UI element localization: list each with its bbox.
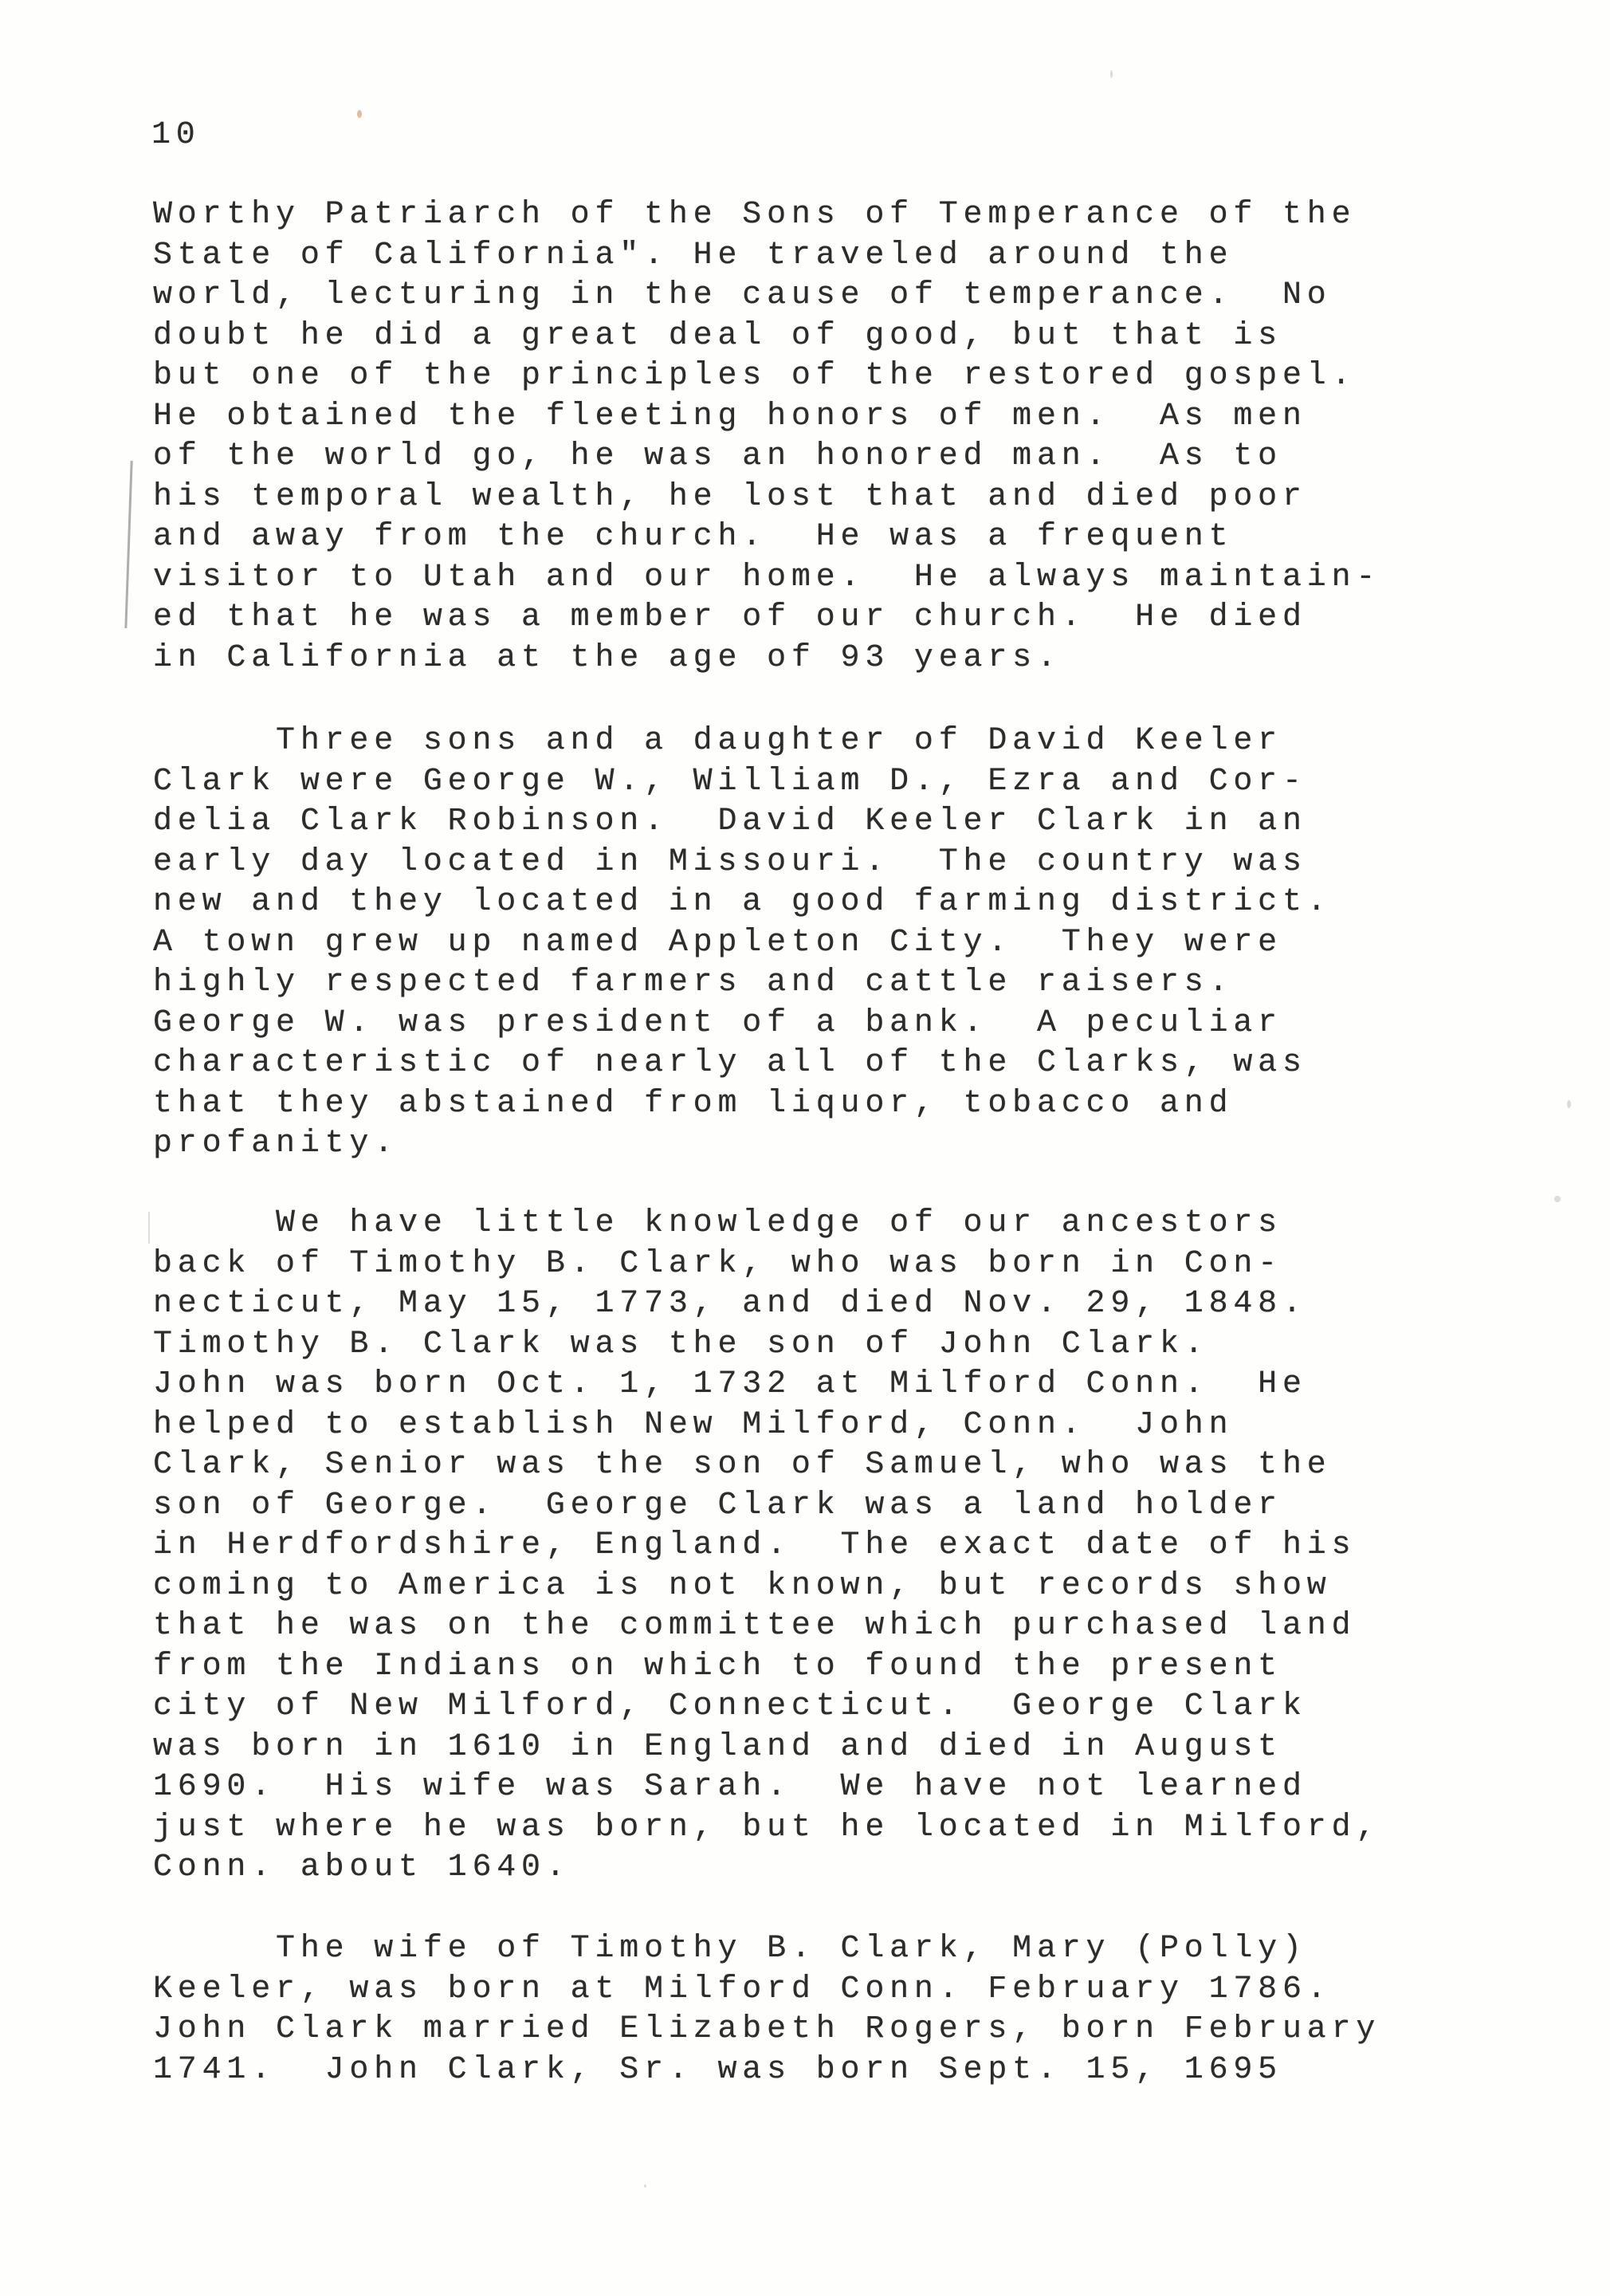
text-line: Timothy B. Clark was the son of John Cla… (153, 1325, 1380, 1366)
text-line: 1741. John Clark, Sr. was born Sept. 15,… (153, 2050, 1380, 2091)
margin-smudge (148, 1212, 150, 1244)
text-line: We have little knowledge of our ancestor… (153, 1204, 1380, 1244)
page-number: 10 (151, 116, 201, 156)
text-line: in California at the age of 93 years. (153, 639, 1380, 679)
text-line: A town grew up named Appleton City. They… (153, 923, 1332, 964)
paragraph-3: We have little knowledge of our ancestor… (153, 1204, 1380, 1889)
text-line: in Herdfordshire, England. The exact dat… (153, 1526, 1380, 1567)
paragraph-1: Worthy Patriarch of the Sons of Temperan… (153, 195, 1380, 678)
text-line: Three sons and a daughter of David Keele… (153, 721, 1332, 762)
text-line: world, lecturing in the cause of tempera… (153, 276, 1380, 316)
text-line: his temporal wealth, he lost that and di… (153, 478, 1380, 518)
text-line: John Clark married Elizabeth Rogers, bor… (153, 2010, 1380, 2050)
paper-speck (1554, 1196, 1561, 1202)
text-line: of the world go, he was an honored man. … (153, 437, 1380, 478)
text-line: visitor to Utah and our home. He always … (153, 558, 1380, 599)
text-line: city of New Milford, Connecticut. George… (153, 1687, 1380, 1728)
text-line: Clark were George W., William D., Ezra a… (153, 762, 1332, 803)
text-line: was born in 1610 in England and died in … (153, 1728, 1380, 1768)
text-line: early day located in Missouri. The count… (153, 843, 1332, 883)
text-line: He obtained the fleeting honors of men. … (153, 397, 1380, 438)
text-line: George W. was president of a bank. A pec… (153, 1004, 1332, 1044)
text-line: The wife of Timothy B. Clark, Mary (Poll… (153, 1929, 1380, 1970)
paper-speck (1110, 70, 1113, 78)
text-line: but one of the principles of the restore… (153, 356, 1380, 397)
text-line: helped to establish New Milford, Conn. J… (153, 1406, 1380, 1446)
text-line: son of George. George Clark was a land h… (153, 1486, 1380, 1527)
text-line: State of California". He traveled around… (153, 236, 1380, 277)
paper-speck (644, 2184, 646, 2188)
text-line: from the Indians on which to found the p… (153, 1647, 1380, 1688)
paper-speck (357, 110, 362, 118)
text-line: Conn. about 1640. (153, 1848, 1380, 1889)
paragraph-2: Three sons and a daughter of David Keele… (153, 721, 1332, 1165)
text-line: that he was on the committee which purch… (153, 1606, 1380, 1647)
text-line: delia Clark Robinson. David Keeler Clark… (153, 802, 1332, 843)
text-line: doubt he did a great deal of good, but t… (153, 316, 1380, 357)
text-line: Worthy Patriarch of the Sons of Temperan… (153, 195, 1380, 236)
text-line: necticut, May 15, 1773, and died Nov. 29… (153, 1284, 1380, 1325)
text-line: Clark, Senior was the son of Samuel, who… (153, 1445, 1380, 1486)
text-line: new and they located in a good farming d… (153, 883, 1332, 923)
text-line: 1690. His wife was Sarah. We have not le… (153, 1767, 1380, 1808)
document-page: 10 Worthy Patriarch of the Sons of Tempe… (0, 0, 1610, 2296)
text-line: highly respected farmers and cattle rais… (153, 963, 1332, 1004)
paragraph-4: The wife of Timothy B. Clark, Mary (Poll… (153, 1929, 1380, 2090)
text-line: just where he was born, but he located i… (153, 1808, 1380, 1849)
margin-pencil-mark (124, 461, 132, 628)
paper-speck (1567, 1100, 1571, 1108)
text-line: coming to America is not known, but reco… (153, 1567, 1380, 1607)
text-line: ed that he was a member of our church. H… (153, 598, 1380, 639)
text-line: John was born Oct. 1, 1732 at Milford Co… (153, 1365, 1380, 1406)
text-line: that they abstained from liquor, tobacco… (153, 1084, 1332, 1125)
text-line: profanity. (153, 1124, 1332, 1165)
text-line: and away from the church. He was a frequ… (153, 517, 1380, 558)
text-line: back of Timothy B. Clark, who was born i… (153, 1244, 1380, 1285)
text-line: characteristic of nearly all of the Clar… (153, 1044, 1332, 1084)
text-line: Keeler, was born at Milford Conn. Februa… (153, 1970, 1380, 2011)
